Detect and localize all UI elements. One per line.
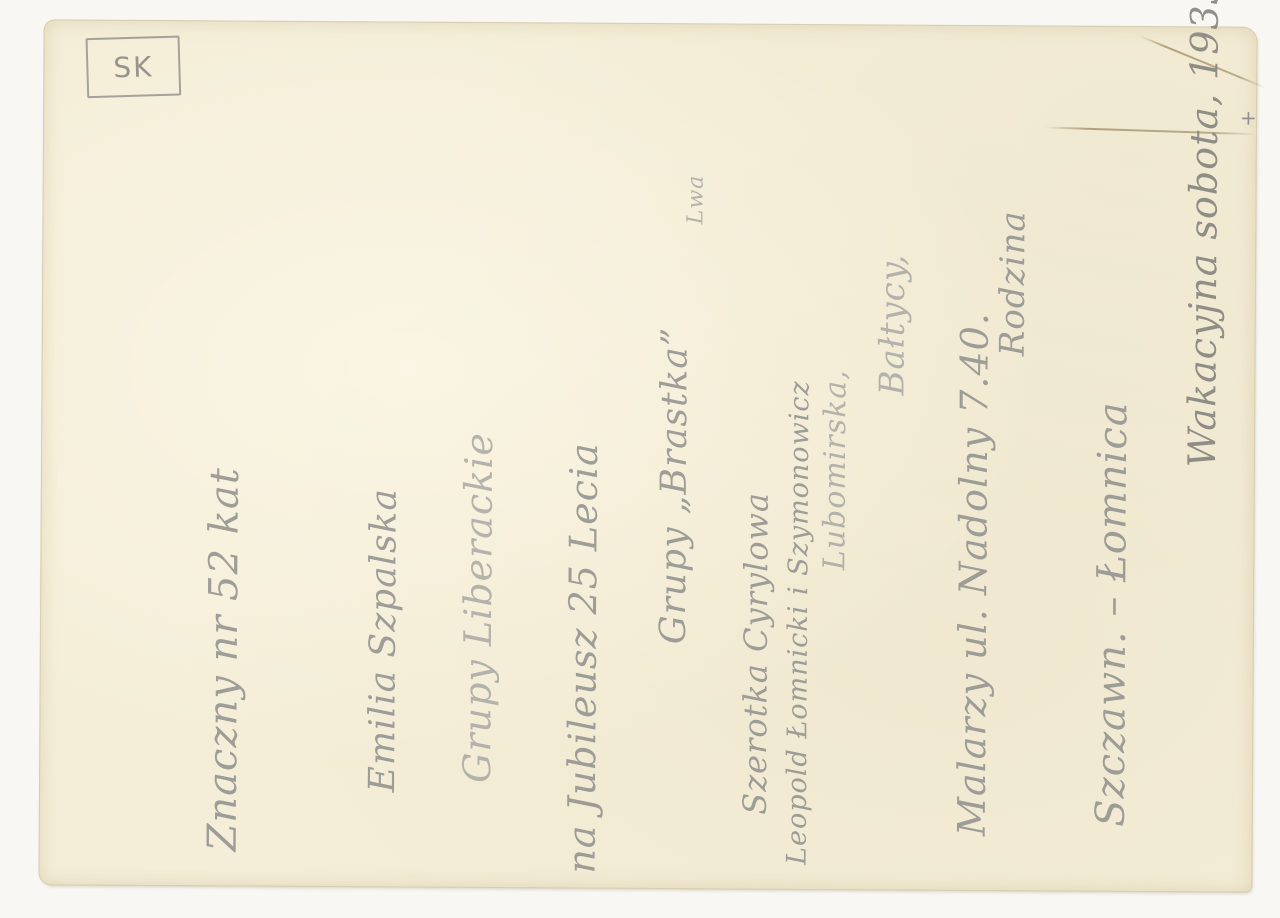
- handwritten-line-4: Malarzy ul. Nadolny 7.40.: [950, 312, 997, 836]
- handwritten-line-2: Szczawn. – Łomnica: [1088, 401, 1137, 827]
- handwritten-line-14: Znaczny nr 52 kat: [200, 467, 248, 852]
- handwritten-line-1: Wakacyjna sobota, 1933: [1180, 0, 1227, 468]
- scanned-card-page: SK Wakacyjna sobota, 1933 Szczawn. – Łom…: [0, 0, 1280, 918]
- handwritten-line-5: Bałtycy,: [872, 254, 913, 396]
- handwritten-line-7: Leopold Łomnicki i Szymonowicz: [782, 380, 816, 865]
- handwritten-line-9: Grupy „Brastka”: [653, 327, 696, 645]
- handwritten-line-12: Emilia Szpalska: [362, 488, 405, 793]
- margin-note: Lwa: [683, 175, 708, 225]
- handwritten-line-8: Szerotka Cyrylowa: [736, 492, 776, 815]
- margin-plus-mark: +: [1240, 106, 1257, 130]
- handwritten-line-6: Lubomirska,: [817, 369, 853, 570]
- handwritten-line-11: Grupy Liberackie: [455, 432, 501, 783]
- handwritten-text: Wakacyjna sobota, 1933 Szczawn. – Łomnic…: [39, 20, 1256, 891]
- photo-card-reverse: SK Wakacyjna sobota, 1933 Szczawn. – Łom…: [39, 20, 1256, 891]
- handwritten-line-3: Rodzina: [993, 210, 1034, 356]
- handwritten-line-10: na Jubileusz 25 Lecia: [559, 442, 606, 874]
